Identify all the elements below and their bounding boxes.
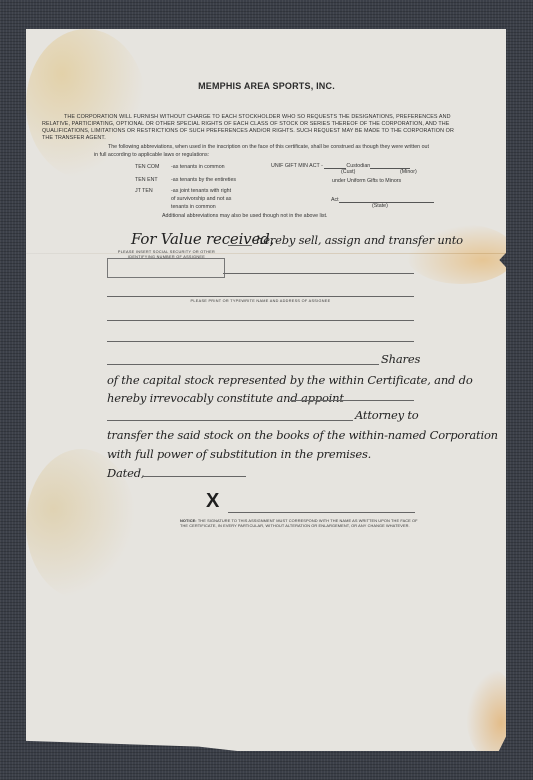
hereby-sell-text: hereby sell, assign and transfer unto — [256, 233, 463, 247]
attorney-name-line[interactable] — [290, 400, 414, 401]
ssn-input-box[interactable] — [107, 258, 225, 278]
ugma-line: UNIF GIFT MIN ACT - Custodian — [271, 162, 410, 169]
state-blank — [339, 196, 434, 203]
assignee-line-2[interactable] — [107, 296, 414, 297]
abbreviation-row: of survivorship and not as — [135, 195, 231, 203]
blank-line — [228, 245, 252, 246]
capital-stock-text: of the capital stock represented by the … — [107, 373, 473, 387]
ugma-under-label: under Uniform Gifts to Minors — [332, 178, 401, 184]
shares-line[interactable] — [107, 364, 379, 365]
dated-label: Dated, — [107, 466, 144, 480]
substitution-text: with full power of substitution in the p… — [107, 447, 371, 461]
attorney-text: Attorney to — [355, 408, 418, 422]
ugma-act-line: Act — [331, 196, 434, 203]
abbreviation-row: TEN COM-as tenants in common — [135, 163, 225, 171]
abbreviation-row: TEN ENT-as tenants by the entireties — [135, 176, 236, 184]
assignee-line-1[interactable] — [223, 273, 414, 274]
attorney-line[interactable] — [107, 420, 353, 421]
company-name: MEMPHIS AREA SPORTS, INC. — [0, 81, 533, 91]
age-stain — [466, 669, 516, 759]
signature-line[interactable] — [228, 512, 415, 513]
fold-line — [26, 253, 506, 254]
ugma-state-label: (State) — [372, 203, 388, 209]
shares-text: Shares — [381, 352, 420, 366]
abbreviations-intro: The following abbreviations, when used i… — [94, 143, 434, 159]
for-value-received: For Value received, — [131, 230, 274, 248]
ugma-minor-label: (Minor) — [400, 169, 417, 175]
corporation-notice: THE CORPORATION WILL FURNISH WITHOUT CHA… — [42, 114, 462, 142]
date-line[interactable] — [142, 476, 246, 477]
transfer-text: transfer the said stock on the books of … — [107, 428, 498, 442]
address-line-1[interactable] — [107, 320, 414, 321]
custodian-blank — [324, 162, 346, 169]
abbreviation-row: tenants in common — [135, 203, 216, 211]
abbreviations-additional: Additional abbreviations may also be use… — [162, 213, 328, 219]
signature-notice: NOTICE: THE SIGNATURE TO THIS ASSIGNMENT… — [180, 518, 425, 528]
abbreviation-row: JT TEN-as joint tenants with right — [135, 187, 231, 195]
ugma-cust-label: (Cust) — [341, 169, 355, 175]
irrevocably-text: hereby irrevocably constitute and appoin… — [107, 391, 344, 405]
signature-x-mark: X — [206, 490, 219, 513]
minor-blank — [370, 162, 410, 169]
name-address-label: PLEASE PRINT OR TYPEWRITE NAME AND ADDRE… — [107, 299, 414, 304]
address-line-2[interactable] — [107, 341, 414, 342]
